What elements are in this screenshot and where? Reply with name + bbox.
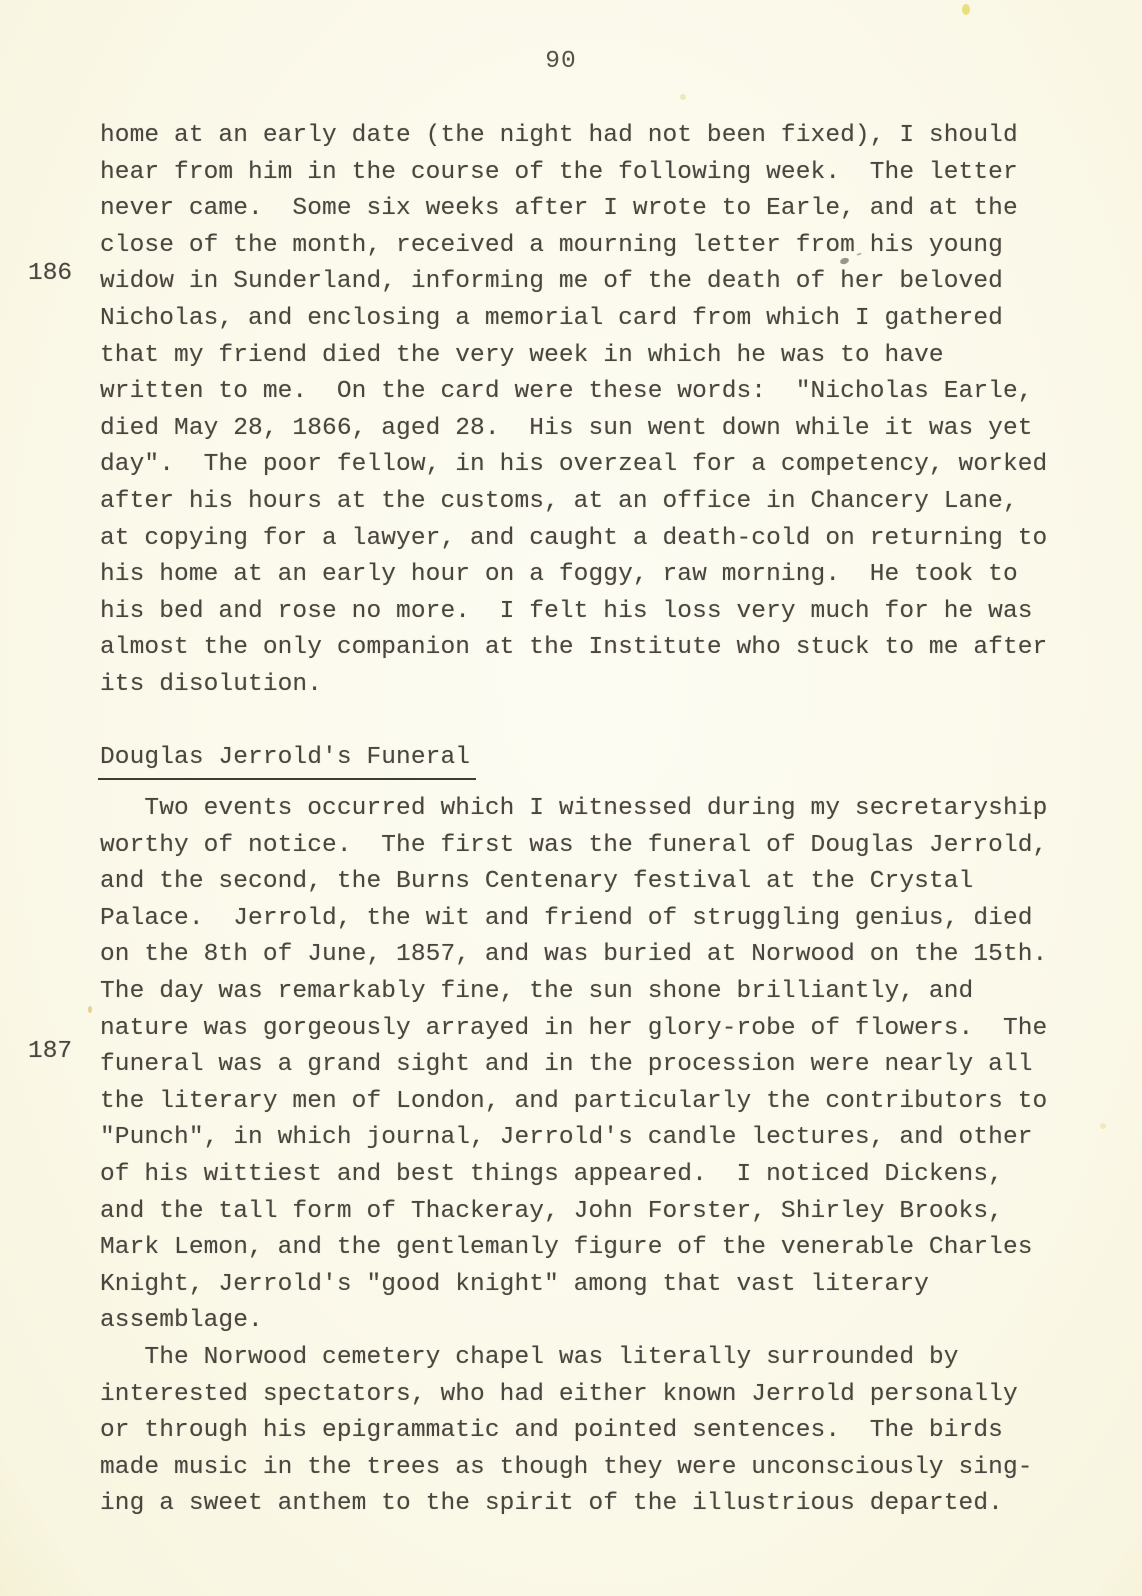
paper-speck <box>88 1006 92 1013</box>
margin-note-187: 187 <box>28 1034 92 1071</box>
paper-speck <box>1100 1123 1106 1129</box>
section-heading: Douglas Jerrold's Funeral <box>100 740 1085 781</box>
document-page: 90 186 187 home at an early date (the ni… <box>0 0 1142 1596</box>
paragraph-norwood-chapel: The Norwood cemetery chapel was literall… <box>100 1340 1085 1523</box>
paper-speck <box>962 4 970 15</box>
margin-note-186: 186 <box>28 256 92 293</box>
page-number: 90 <box>0 46 1122 78</box>
body-text: home at an early date (the night had not… <box>100 118 1085 1523</box>
paragraph-nicholas-earle: home at an early date (the night had not… <box>100 118 1085 704</box>
paragraph-jerrold-funeral: Two events occurred which I witnessed du… <box>100 791 1085 1340</box>
paper-speck <box>680 94 686 100</box>
section-heading-title: Douglas Jerrold's Funeral <box>98 740 476 781</box>
